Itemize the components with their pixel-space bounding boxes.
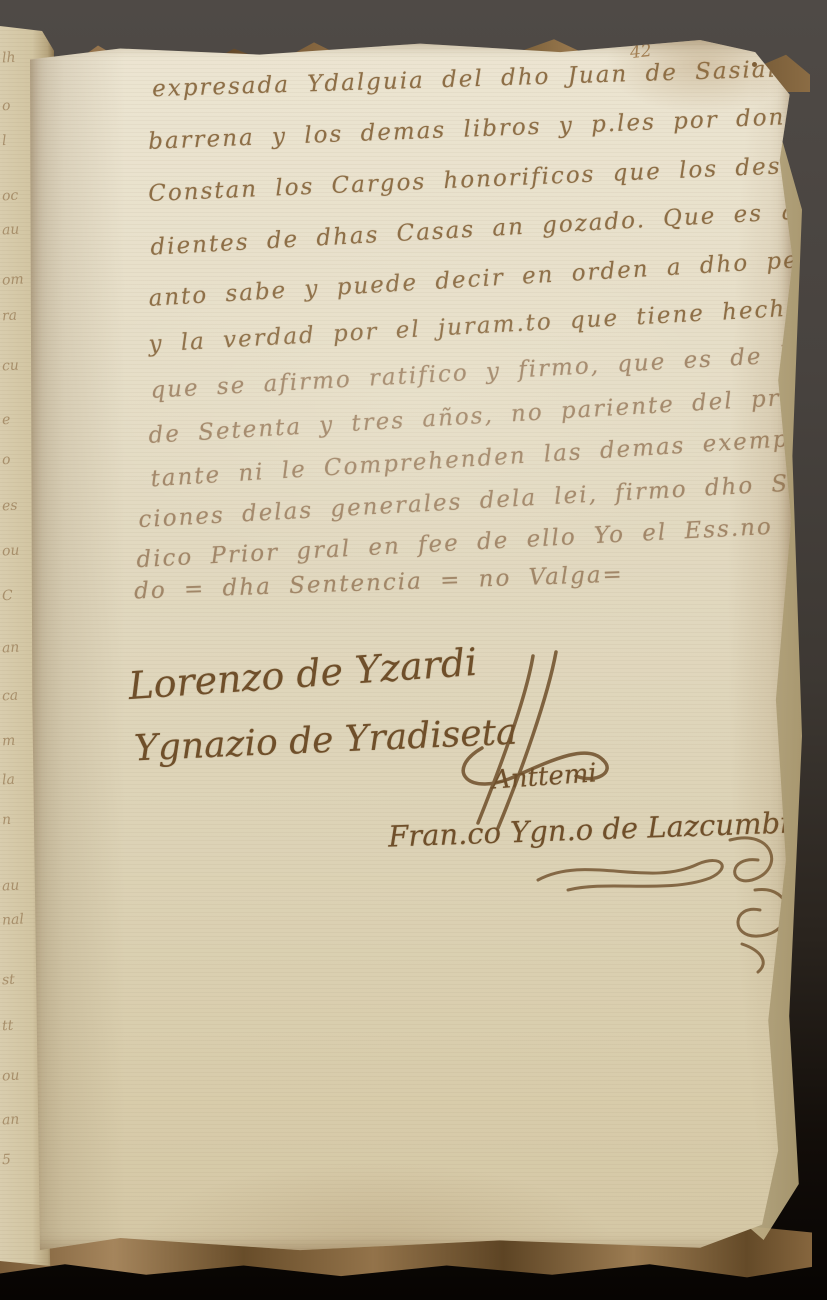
margin-fragment: l xyxy=(2,133,7,149)
margin-fragment: o xyxy=(2,98,11,114)
signature-ygnazio: Ygnazio de Yradiseta xyxy=(133,712,518,770)
margin-fragment: ou xyxy=(2,543,20,560)
margin-fragment: om xyxy=(2,271,25,288)
manuscript-line: barrena y los demas libros y p.les por d… xyxy=(148,103,818,155)
attestation-ante-mi: Anttemi xyxy=(491,758,598,795)
margin-fragment: 5 xyxy=(2,1152,12,1168)
margin-fragment: m xyxy=(2,733,16,750)
margin-fragment: ou xyxy=(2,1068,20,1085)
margin-fragment: au xyxy=(2,222,20,239)
margin-fragment: an xyxy=(2,1112,20,1129)
margin-fragment: C xyxy=(2,588,14,605)
margin-fragment: la xyxy=(2,772,16,789)
margin-fragment: es xyxy=(2,498,18,515)
manuscript-line: expresada Ydalguia del dho Juan de Sasia… xyxy=(152,56,804,102)
margin-fragment: lh xyxy=(2,50,16,67)
manuscript-page: 42 expresada Ydalguia del dho Juan de Sa… xyxy=(30,40,795,1255)
margin-fragment: ca xyxy=(2,688,19,705)
margin-fragment: e xyxy=(2,412,11,428)
margin-fragment: cu xyxy=(2,358,20,375)
margin-fragment: n xyxy=(2,812,12,828)
manuscript-photo: lh o l oc au om ra cu e o es ou C an ca … xyxy=(0,0,827,1300)
margin-fragment: oc xyxy=(2,188,19,205)
signature-lorenzo: Lorenzo de Yzardi xyxy=(127,640,479,708)
rubric-flourish xyxy=(530,832,800,982)
margin-fragment: st xyxy=(2,972,16,989)
margin-fragment: o xyxy=(2,452,11,468)
margin-fragment: au xyxy=(2,878,20,895)
margin-fragment: nal xyxy=(2,911,25,928)
margin-fragment: ra xyxy=(2,308,18,325)
manuscript-line: Constan los Cargos honorificos que los d… xyxy=(148,151,827,207)
margin-fragment: an xyxy=(2,640,20,657)
signature-lazcumbide: Fran.co Ygn.o de Lazcumbide xyxy=(388,804,826,853)
margin-fragment: tt xyxy=(2,1018,14,1035)
